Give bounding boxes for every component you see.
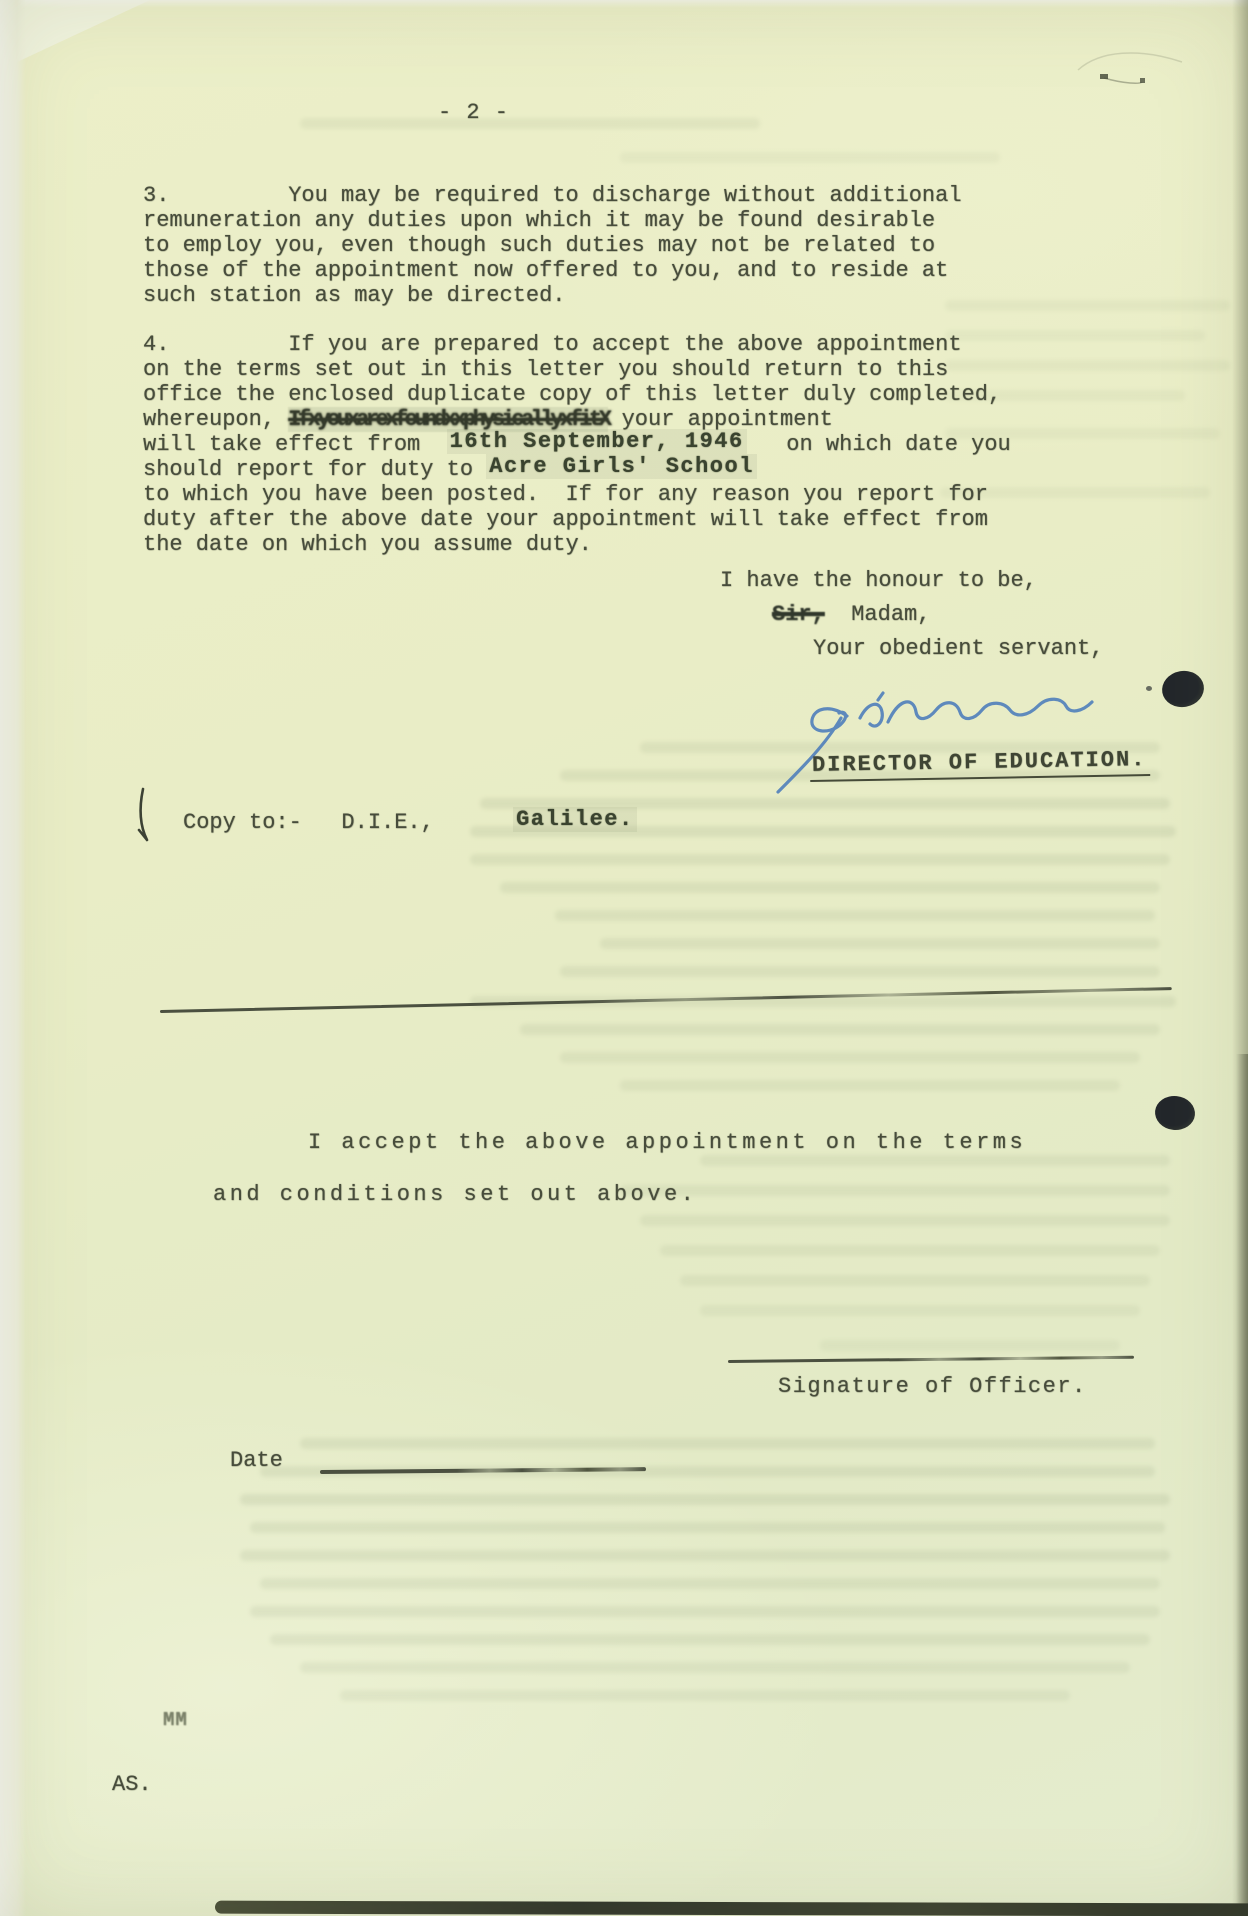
scan-top-edge bbox=[0, 0, 1248, 8]
scan-bottom-edge-shadow bbox=[215, 1901, 1248, 1916]
typed-line: 4. If you are prepared to accept the abo… bbox=[143, 332, 1011, 357]
stamped-text: Galilee. bbox=[513, 807, 637, 832]
bleedthrough-ghost-line bbox=[240, 1494, 1170, 1505]
bleedthrough-ghost-line bbox=[300, 1438, 1155, 1449]
bleedthrough-ghost-line bbox=[640, 1215, 1170, 1226]
bleedthrough-ghost-line bbox=[600, 938, 1160, 949]
bleedthrough-ghost-line bbox=[300, 1662, 1130, 1673]
bleedthrough-ghost-line bbox=[520, 1024, 1160, 1035]
typed-text: should report for duty to bbox=[143, 457, 486, 482]
typist-initials: MM bbox=[163, 1708, 188, 1733]
typed-line: those of the appointment now offered to … bbox=[143, 258, 962, 283]
date-label: Date bbox=[230, 1448, 283, 1473]
bleedthrough-ghost-line bbox=[620, 1185, 1170, 1196]
typed-text: duty after the above date your appointme… bbox=[143, 507, 988, 532]
bleedthrough-ghost-line bbox=[660, 1245, 1160, 1256]
acceptance-line-2: and conditions set out above. bbox=[213, 1182, 697, 1207]
struck-out-text: Sir, bbox=[772, 602, 825, 627]
typed-line: duty after the above date your appointme… bbox=[143, 507, 1011, 532]
closing-honour-line: I have the honour to be, bbox=[720, 568, 1037, 593]
bleedthrough-ghost-line bbox=[555, 910, 1155, 921]
pencil-marks bbox=[1070, 48, 1200, 108]
typed-line: such station as may be directed. bbox=[143, 283, 962, 308]
bleedthrough-ghost-line bbox=[240, 1550, 1170, 1561]
bleedthrough-ghost-line bbox=[680, 1275, 1150, 1286]
typed-text: to which you have been posted. If for an… bbox=[143, 482, 988, 507]
typed-text: the date on which you assume duty. bbox=[143, 532, 592, 557]
bleedthrough-ghost-line bbox=[340, 1690, 1070, 1701]
ink-speck bbox=[1146, 686, 1152, 691]
typed-text: Madam, bbox=[825, 602, 931, 627]
officer-signature-label: Signature of Officer. bbox=[778, 1374, 1087, 1399]
scanned-letter-page: - 2 - 3. You may be required to discharg… bbox=[0, 0, 1248, 1916]
bleedthrough-ghost-line bbox=[270, 1634, 1150, 1645]
typed-text: 4. If you are prepared to accept the abo… bbox=[143, 332, 962, 357]
typed-text: will take effect from bbox=[143, 432, 447, 457]
officer-signature-line bbox=[728, 1356, 1134, 1363]
bleedthrough-ghost-line bbox=[700, 1305, 1140, 1316]
bleedthrough-ghost-line bbox=[260, 1578, 1160, 1589]
bleedthrough-ghost-line bbox=[500, 882, 1160, 893]
bleedthrough-ghost-line bbox=[250, 1522, 1165, 1533]
stamped-text: Acre Girls' School bbox=[486, 454, 757, 479]
scan-right-edge-shadow-lower bbox=[1236, 1054, 1248, 1916]
typed-text: on the terms set out in this letter you … bbox=[143, 357, 948, 382]
typed-line: the date on which you assume duty. bbox=[143, 532, 1011, 557]
director-signature-ink bbox=[710, 686, 1140, 806]
reference-initials: AS. bbox=[112, 1772, 152, 1797]
paragraph-3: 3. You may be required to discharge with… bbox=[143, 183, 962, 308]
checkmark-ink bbox=[128, 786, 168, 848]
bleedthrough-ghost-line bbox=[700, 1155, 1170, 1166]
stamped-text: 16th September, 1946 bbox=[447, 429, 747, 454]
typed-line: on the terms set out in this letter you … bbox=[143, 357, 1011, 382]
signer-title: DIRECTOR OF EDUCATION. bbox=[810, 747, 1151, 782]
typed-text: office the enclosed duplicate copy of th… bbox=[143, 382, 1001, 407]
paragraph-4: 4. If you are prepared to accept the abo… bbox=[143, 332, 1011, 557]
scan-left-edge bbox=[0, 0, 26, 1916]
bleedthrough-ghost-line bbox=[470, 854, 1170, 865]
typed-line: to which you have been posted. If for an… bbox=[143, 482, 1011, 507]
bleedthrough-ghost-line bbox=[300, 118, 760, 129]
page-number: - 2 - bbox=[438, 100, 509, 125]
bleedthrough-ghost-line bbox=[560, 1052, 1140, 1063]
typed-line: remuneration any duties upon which it ma… bbox=[143, 208, 962, 233]
typed-text: whereupon, bbox=[143, 407, 288, 432]
typed-line: should report for duty to Acre Girls' Sc… bbox=[143, 457, 1011, 482]
bleedthrough-ghost-line bbox=[620, 1080, 1120, 1091]
typed-line: to employ you, even though such duties m… bbox=[143, 233, 962, 258]
bleedthrough-ghost-line bbox=[820, 1340, 1120, 1351]
bleedthrough-ghost-line bbox=[945, 300, 1230, 311]
bleedthrough-ghost-line bbox=[250, 1606, 1160, 1617]
typed-line: 3. You may be required to discharge with… bbox=[143, 183, 962, 208]
ink-blot bbox=[1159, 668, 1207, 711]
closing-servant-line: Your obedient servant, bbox=[813, 636, 1103, 661]
typed-text: on which date you bbox=[747, 432, 1011, 457]
ink-blot bbox=[1153, 1094, 1196, 1132]
bleedthrough-ghost-line bbox=[560, 966, 1160, 977]
closing-salutation: Sir, Madam, bbox=[772, 602, 930, 627]
copy-to-line: Copy to:- D.I.E., Galilee. bbox=[183, 810, 637, 835]
typed-text: Copy to:- D.I.E., bbox=[183, 810, 513, 835]
typed-line: office the enclosed duplicate copy of th… bbox=[143, 382, 1011, 407]
acceptance-line-1: I accept the above appointment on the te… bbox=[308, 1130, 1026, 1155]
bleedthrough-ghost-line bbox=[620, 152, 1000, 163]
